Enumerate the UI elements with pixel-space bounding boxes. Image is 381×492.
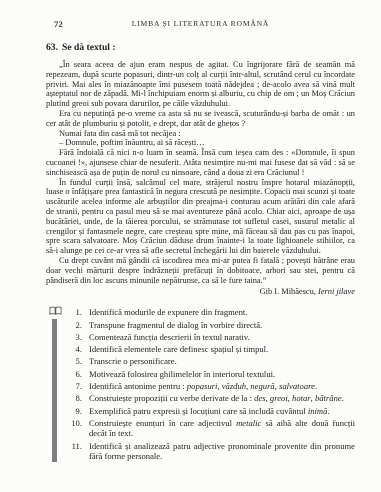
task-section-bar xyxy=(52,319,57,461)
task-item: 1.Identifică modurile de expunere din fr… xyxy=(46,307,355,318)
task-text: Identifică modurile de expunere din frag… xyxy=(89,307,355,318)
page-header: 72 LIMBA ȘI LITERATURA ROMÂNĂ xyxy=(46,19,355,30)
task-section: 1.Identifică modurile de expunere din fr… xyxy=(46,307,355,471)
task-item: 8.Construiește propoziții cu verbe deriv… xyxy=(46,393,355,404)
task-list: 1.Identifică modurile de expunere din fr… xyxy=(46,307,355,462)
task-text: Transcrie o personificare. xyxy=(89,356,355,367)
passage-paragraph: – Domnule, poftim înăuntru, ai să răceșt… xyxy=(46,138,355,148)
exercise-heading: 63.Se dă textul : xyxy=(46,42,355,53)
task-item: 11.Identifică și analizează patru adject… xyxy=(46,441,355,462)
passage-paragraph: Cu drept cuvânt mă gândii că iscodirea m… xyxy=(46,256,355,285)
exercise-intro: Se dă textul : xyxy=(62,42,116,53)
task-item: 4.Identifică elementele care definesc sp… xyxy=(46,344,355,355)
attribution: Gib I. Mihăescu, Ierni jilave xyxy=(46,287,355,296)
task-item: 6.Motivează folosirea ghilimelelor în in… xyxy=(46,369,355,380)
task-text: Exemplifică patru expresii și locuțiuni … xyxy=(89,406,355,417)
task-text: Construiește propoziții cu verbe derivat… xyxy=(89,393,355,404)
passage-paragraph: Era cu neputință pe-o vreme ca asta să n… xyxy=(46,109,355,129)
task-text: Identifică și analizează patru adjective… xyxy=(89,441,355,462)
task-text: Comentează funcția descrierii în textul … xyxy=(89,332,355,343)
passage: „În seara aceea de ajun eram nespus de a… xyxy=(46,60,355,285)
attribution-author: Gib I. Mihăescu, xyxy=(260,287,318,296)
page-number: 72 xyxy=(54,19,63,29)
passage-paragraph: „În seara aceea de ajun eram nespus de a… xyxy=(46,60,355,109)
task-item: 5.Transcrie o personificare. xyxy=(46,356,355,367)
task-item: 2.Transpune fragmentul de dialog în vorb… xyxy=(46,320,355,331)
task-text: Identifică antonime pentru : popasuri, v… xyxy=(89,381,355,392)
exercise-number: 63. xyxy=(46,42,58,53)
task-text: Transpune fragmentul de dialog în vorbir… xyxy=(89,320,355,331)
passage-paragraph: Fără îndoială că nici n-o luam în seamă.… xyxy=(46,148,355,177)
task-text: Construiește enunțuri în care adjectivul… xyxy=(89,418,355,439)
task-text: Motivează folosirea ghilimelelor în inte… xyxy=(89,369,355,380)
task-item: 7.Identifică antonime pentru : popasuri,… xyxy=(46,381,355,392)
running-header-title: LIMBA ȘI LITERATURA ROMÂNĂ xyxy=(46,19,355,28)
task-text: Identifică elementele care definesc spaț… xyxy=(89,344,355,355)
open-book-icon xyxy=(49,306,62,316)
task-item: 9.Exemplifică patru expresii și locuțiun… xyxy=(46,406,355,417)
attribution-work: Ierni jilave xyxy=(318,287,355,296)
task-item: 3.Comentează funcția descrierii în textu… xyxy=(46,332,355,343)
passage-paragraph: Numai fata din casă mă tot necăjea : xyxy=(46,129,355,139)
book-page: 72 LIMBA ȘI LITERATURA ROMÂNĂ 63.Se dă t… xyxy=(0,0,381,492)
passage-paragraph: În fundul curții însă, salcâmul cel mare… xyxy=(46,178,355,256)
task-item: 10.Construiește enunțuri în care adjecti… xyxy=(46,418,355,439)
